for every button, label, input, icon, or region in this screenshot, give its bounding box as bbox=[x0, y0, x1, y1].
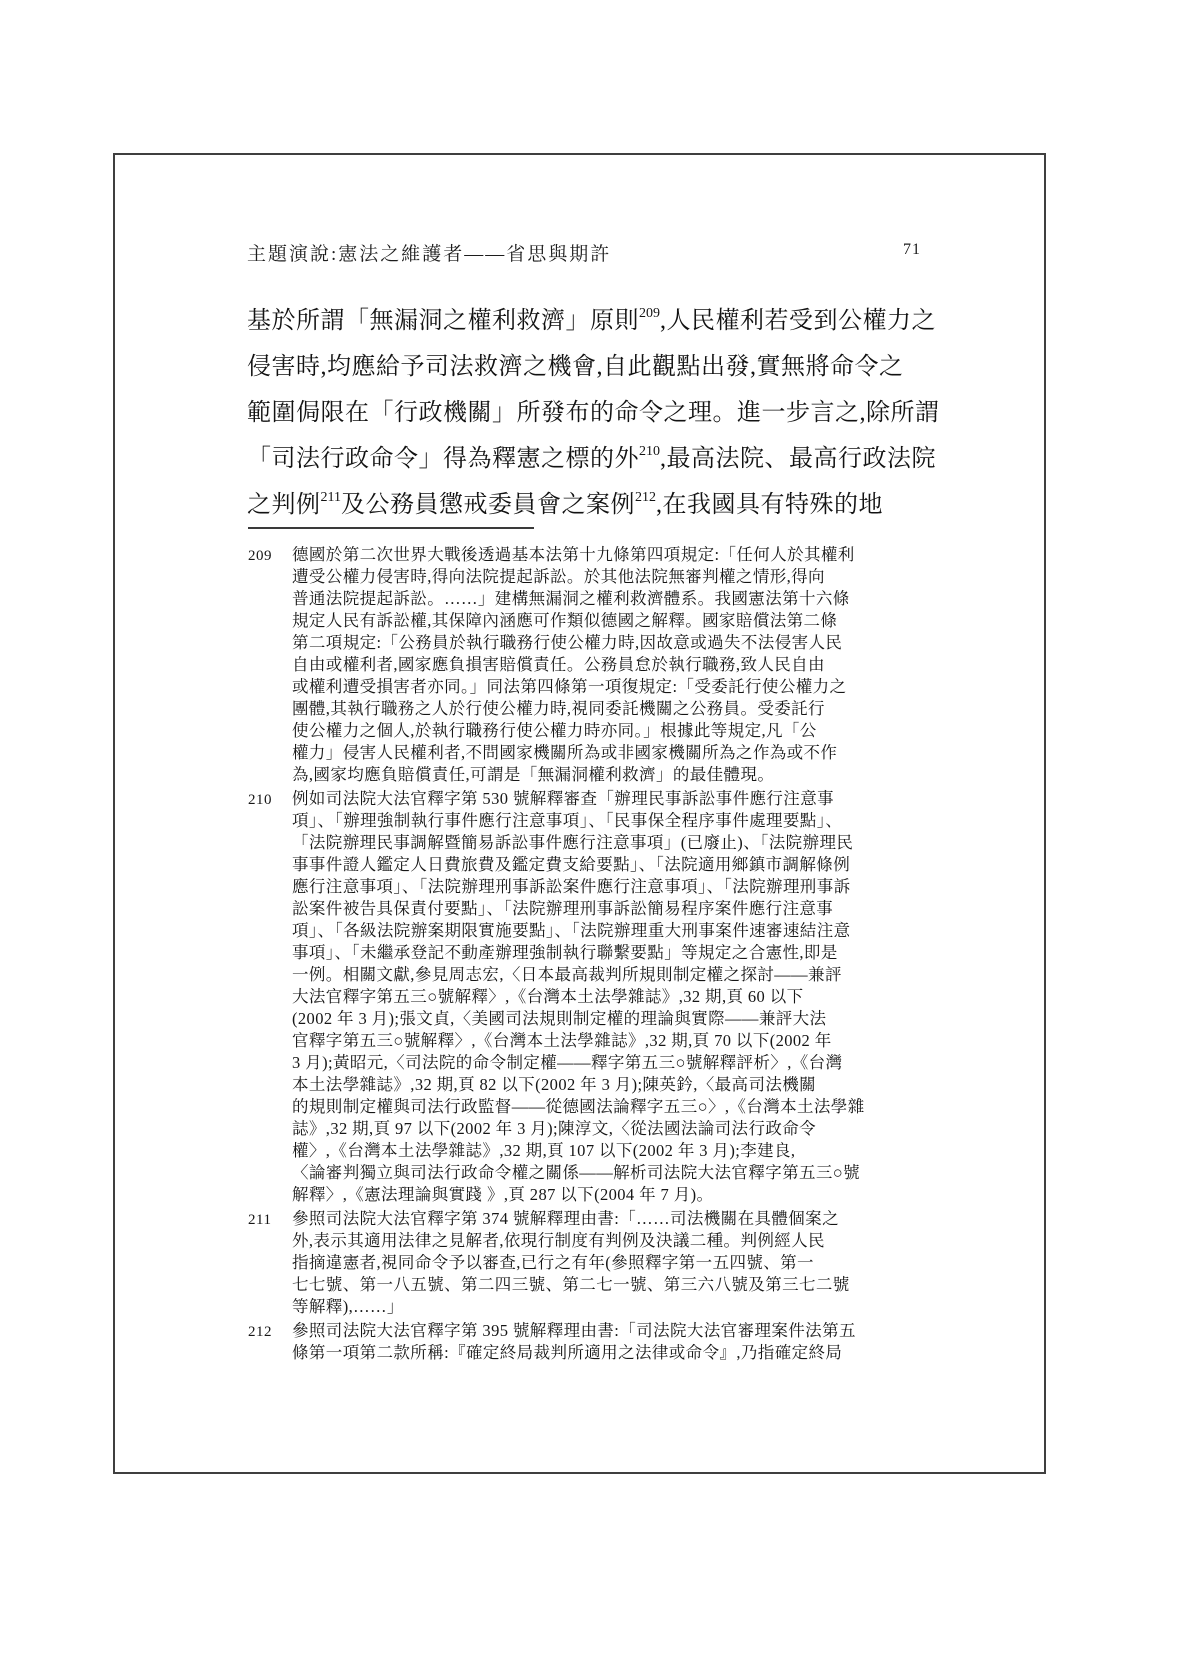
footnote-text: 參照司法院大法官釋字第 395 號解釋理由書:「司法院大法官審理案件法第五條第一… bbox=[292, 1320, 928, 1364]
footnote-item: 211參照司法院大法官釋字第 374 號解釋理由書:「……司法機關在具體個案之外… bbox=[248, 1208, 928, 1318]
footnote-line: 事項」、「未繼承登記不動產辦理強制執行聯繫要點」等規定之合憲性,即是 bbox=[292, 942, 928, 964]
footnote-line: 項」、「辦理強制執行事件應行注意事項」、「民事保全程序事件處理要點」、 bbox=[292, 810, 928, 832]
footnote-line: 官釋字第五三○號解釋〉,《台灣本土法學雜誌》,32 期,頁 70 以下(2002… bbox=[292, 1030, 928, 1052]
footnote-number: 210 bbox=[248, 789, 288, 811]
footnote-line: 團體,其執行職務之人於行使公權力時,視同委託機關之公務員。受委託行 bbox=[292, 698, 928, 720]
footnote-line: 規定人民有訴訟權,其保障內涵應可作類似德國之解釋。國家賠償法第二條 bbox=[292, 610, 928, 632]
footnote-line: 〈論審判獨立與司法行政命令權之關係——解析司法院大法官釋字第五三○號 bbox=[292, 1162, 928, 1184]
footnote-line: 遭受公權力侵害時,得向法院提起訴訟。於其他法院無審判權之情形,得向 bbox=[292, 566, 928, 588]
footnote-line: 解釋〉,《憲法理論與實踐 》,頁 287 以下(2004 年 7 月)。 bbox=[292, 1184, 928, 1206]
footnote-text: 例如司法院大法官釋字第 530 號解釋審查「辦理民事訴訟事件應行注意事項」、「辦… bbox=[292, 788, 928, 1206]
footnote-item: 209德國於第二次世界大戰後透過基本法第十九條第四項規定:「任何人於其權利遭受公… bbox=[248, 544, 928, 786]
footnote-line: 第二項規定:「公務員於執行職務行使公權力時,因故意或過失不法侵害人民 bbox=[292, 632, 928, 654]
footnote-line: 一例。相關文獻,參見周志宏,〈日本最高裁判所規則制定權之探討——兼評 bbox=[292, 964, 928, 986]
footnote-line: 德國於第二次世界大戰後透過基本法第十九條第四項規定:「任何人於其權利 bbox=[292, 544, 928, 566]
body-paragraph: 基於所謂「無漏洞之權利救濟」原則209,人民權利若受到公權力之侵害時,均應給予司… bbox=[247, 298, 929, 528]
footnote-line: 的規則制定權與司法行政監督——從德國法論釋字五三○〉,《台灣本土法學雜 bbox=[292, 1096, 928, 1118]
footnote-line: 「法院辦理民事調解暨簡易訴訟事件應行注意事項」(已廢止)、「法院辦理民 bbox=[292, 832, 928, 854]
footnote-line: 使公權力之個人,於執行職務行使公權力時亦同。」根據此等規定,凡「公 bbox=[292, 720, 928, 742]
footnote-line: 本土法學雜誌》,32 期,頁 82 以下(2002 年 3 月);陳英鈐,〈最高… bbox=[292, 1074, 928, 1096]
footnote-separator bbox=[248, 527, 534, 529]
footnote-line: 參照司法院大法官釋字第 395 號解釋理由書:「司法院大法官審理案件法第五 bbox=[292, 1320, 928, 1342]
running-header: 主題演說:憲法之維護者——省思與期許 bbox=[247, 239, 927, 266]
footnote-text: 德國於第二次世界大戰後透過基本法第十九條第四項規定:「任何人於其權利遭受公權力侵… bbox=[292, 544, 928, 786]
header-title: 主題演說:憲法之維護者——省思與期許 bbox=[247, 244, 611, 265]
footnote-number: 211 bbox=[248, 1209, 288, 1231]
footnotes-section: 209德國於第二次世界大戰後透過基本法第十九條第四項規定:「任何人於其權利遭受公… bbox=[248, 544, 928, 1366]
footnote-line: 或權利遭受損害者亦同。」同法第四條第一項復規定:「受委託行使公權力之 bbox=[292, 676, 928, 698]
footnote-line: 權力」侵害人民權利者,不問國家機關所為或非國家機關所為之作為或不作 bbox=[292, 742, 928, 764]
footnote-number: 209 bbox=[248, 545, 288, 567]
footnote-line: 項」、「各級法院辦案期限實施要點」、「法院辦理重大刑事案件速審速結注意 bbox=[292, 920, 928, 942]
footnote-line: 權〉,《台灣本土法學雜誌》,32 期,頁 107 以下(2002 年 3 月);… bbox=[292, 1140, 928, 1162]
footnote-line: 3 月);黃昭元,〈司法院的命令制定權——釋字第五三○號解釋評析〉,《台灣 bbox=[292, 1052, 928, 1074]
footnote-line: 外,表示其適用法律之見解者,依現行制度有判例及決議二種。判例經人民 bbox=[292, 1230, 928, 1252]
footnote-line: 條第一項第二款所稱:『確定終局裁判所適用之法律或命令』,乃指確定終局 bbox=[292, 1342, 928, 1364]
body-line: 基於所謂「無漏洞之權利救濟」原則209,人民權利若受到公權力之 bbox=[247, 298, 929, 344]
page-number: 71 bbox=[903, 241, 921, 259]
footnote-number: 212 bbox=[248, 1321, 288, 1343]
footnote-text: 參照司法院大法官釋字第 374 號解釋理由書:「……司法機關在具體個案之外,表示… bbox=[292, 1208, 928, 1318]
footnote-line: 普通法院提起訴訟。……」建構無漏洞之權利救濟體系。我國憲法第十六條 bbox=[292, 588, 928, 610]
footnote-line: 七七號、第一八五號、第二四三號、第二七一號、第三六八號及第三七二號 bbox=[292, 1274, 928, 1296]
body-line: 之判例211及公務員懲戒委員會之案例212,在我國具有特殊的地 bbox=[247, 482, 929, 528]
footnote-line: 等解釋),……」 bbox=[292, 1296, 928, 1318]
footnote-line: 指摘違憲者,視同命令予以審查,已行之有年(參照釋字第一五四號、第一 bbox=[292, 1252, 928, 1274]
footnote-ref: 210 bbox=[639, 444, 660, 459]
footnote-item: 212參照司法院大法官釋字第 395 號解釋理由書:「司法院大法官審理案件法第五… bbox=[248, 1320, 928, 1364]
footnote-line: 大法官釋字第五三○號解釋〉,《台灣本土法學雜誌》,32 期,頁 60 以下 bbox=[292, 986, 928, 1008]
footnote-line: 參照司法院大法官釋字第 374 號解釋理由書:「……司法機關在具體個案之 bbox=[292, 1208, 928, 1230]
footnote-line: (2002 年 3 月);張文貞,〈美國司法規則制定權的理論與實際——兼評大法 bbox=[292, 1008, 928, 1030]
footnote-line: 事事件證人鑑定人日費旅費及鑑定費支給要點」、「法院適用鄉鎮市調解條例 bbox=[292, 854, 928, 876]
body-line: 「司法行政命令」得為釋憲之標的外210,最高法院、最高行政法院 bbox=[247, 436, 929, 482]
footnote-line: 為,國家均應負賠償責任,可謂是「無漏洞權利救濟」的最佳體現。 bbox=[292, 764, 928, 786]
footnote-line: 自由或權利者,國家應負損害賠償責任。公務員怠於執行職務,致人民自由 bbox=[292, 654, 928, 676]
page-frame: 主題演說:憲法之維護者——省思與期許 71 基於所謂「無漏洞之權利救濟」原則20… bbox=[113, 153, 1046, 1474]
footnote-ref: 209 bbox=[639, 306, 660, 321]
footnote-line: 應行注意事項」、「法院辦理刑事訴訟案件應行注意事項」、「法院辦理刑事訴 bbox=[292, 876, 928, 898]
body-line: 侵害時,均應給予司法救濟之機會,自此觀點出發,實無將命令之 bbox=[247, 344, 929, 390]
footnote-ref: 211 bbox=[321, 490, 341, 505]
footnote-ref: 212 bbox=[635, 490, 656, 505]
footnote-line: 例如司法院大法官釋字第 530 號解釋審查「辦理民事訴訟事件應行注意事 bbox=[292, 788, 928, 810]
footnote-line: 訟案件被告具保責付要點」、「法院辦理刑事訴訟簡易程序案件應行注意事 bbox=[292, 898, 928, 920]
footnote-line: 誌》,32 期,頁 97 以下(2002 年 3 月);陳淳文,〈從法國法論司法… bbox=[292, 1118, 928, 1140]
footnote-item: 210例如司法院大法官釋字第 530 號解釋審查「辦理民事訴訟事件應行注意事項」… bbox=[248, 788, 928, 1206]
body-line: 範圍侷限在「行政機關」所發布的命令之理。進一步言之,除所謂 bbox=[247, 390, 929, 436]
